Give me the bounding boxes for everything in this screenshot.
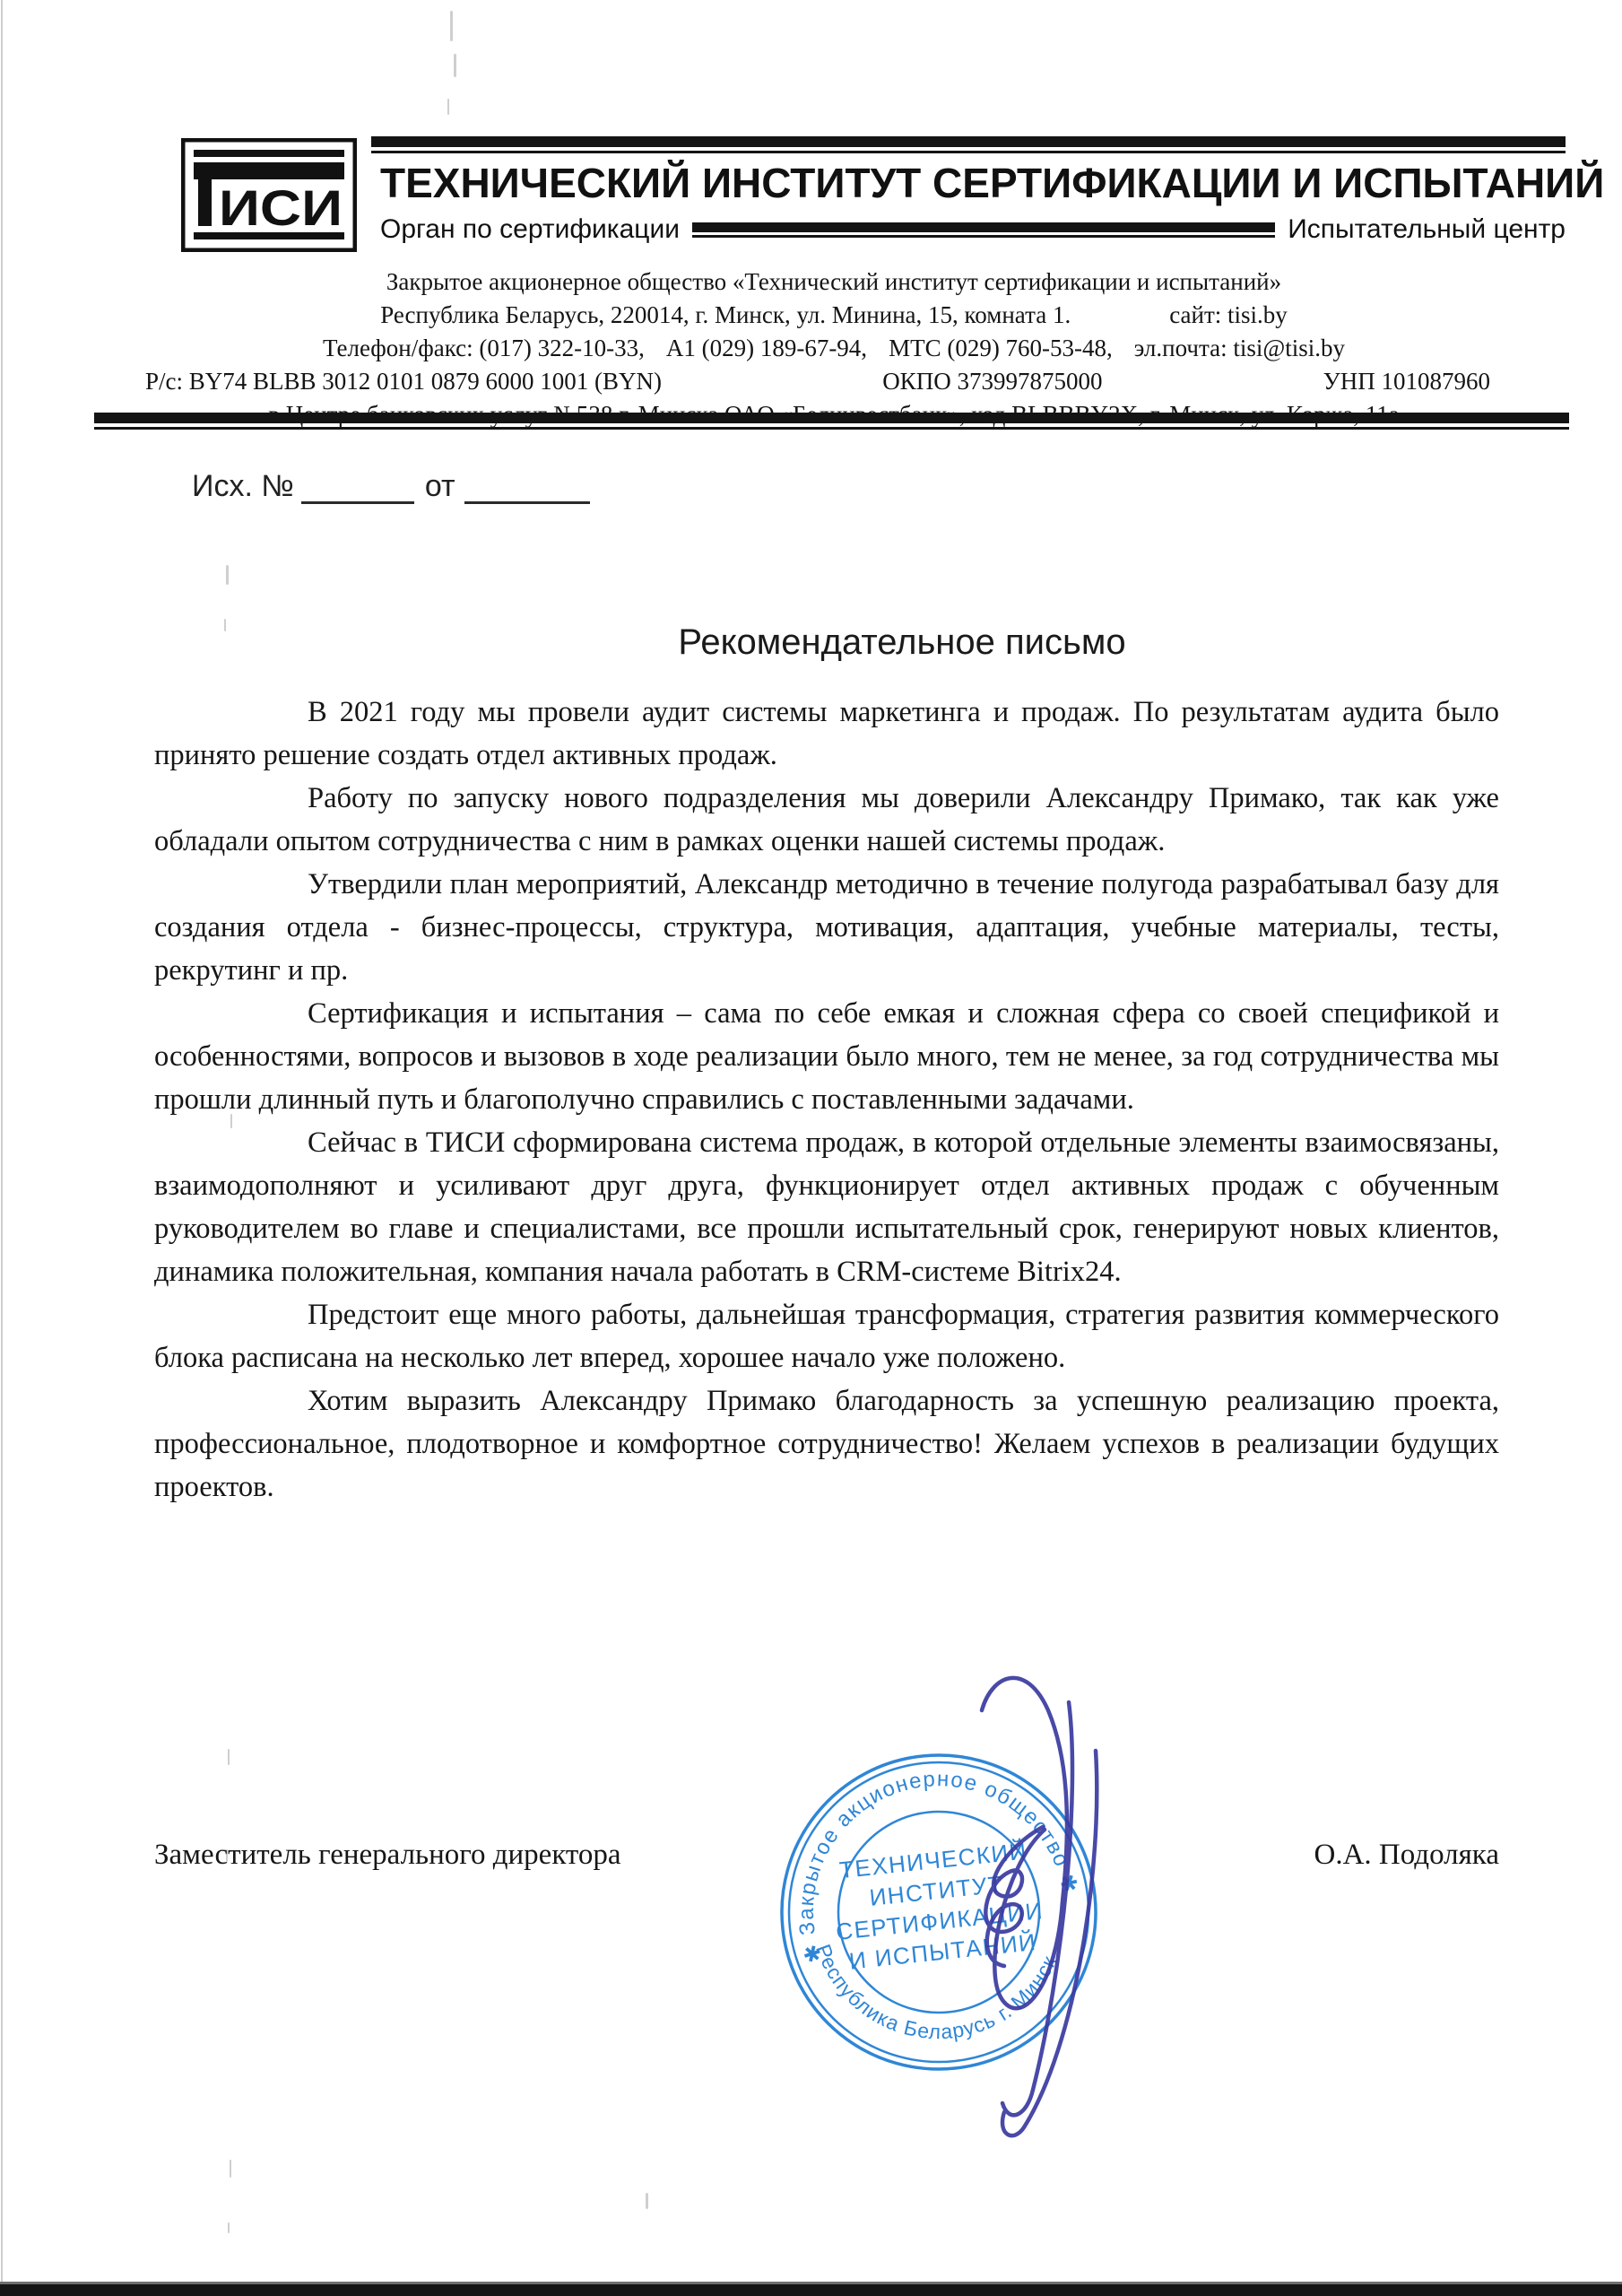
document-page: ИСИ ТЕХНИЧЕСКИЙ ИНСТИТУТ СЕРТИФИКАЦИИ И …: [0, 0, 1622, 2296]
letter-title: Рекомендательное письмо: [678, 622, 1125, 663]
testing-center-label: Испытательный центр: [1288, 214, 1566, 245]
outgoing-number-label: Исх. №: [192, 469, 294, 504]
address-line: Республика Беларусь, 220014, г. Минск, у…: [99, 299, 1569, 332]
scan-speck: [226, 565, 229, 585]
tisi-logo-graphic: ИСИ: [181, 138, 357, 252]
scan-edge-line: [1, 0, 3, 2296]
phone-a1: А1 (029) 189-67-94,: [666, 332, 867, 365]
date-blank: [464, 465, 590, 504]
scan-speck: [228, 2222, 230, 2233]
email: эл.почта: tisi@tisi.by: [1134, 332, 1345, 365]
scan-speck: [646, 2193, 648, 2209]
bank-line: Р/с: BY74 BLBB 3012 0101 0879 6000 1001 …: [99, 365, 1569, 398]
scan-speck: [230, 2160, 231, 2178]
paragraph: Утвердили план мероприятий, Александр ме…: [154, 863, 1499, 992]
header-subtitle-row: Орган по сертификации Испытательный цент…: [380, 212, 1566, 248]
scan-speck: [224, 619, 226, 631]
paragraph: В 2021 году мы провели аудит системы мар…: [154, 691, 1499, 777]
company-legal-name: Закрытое акционерное общество «Техническ…: [99, 265, 1569, 299]
phones-line: Телефон/факс: (017) 322-10-33, А1 (029) …: [99, 332, 1569, 365]
okpo-number: ОКПО 373997875000: [882, 365, 1102, 398]
company-stamp: ✱ Закрытое акционерное общество ✱ Респуб…: [758, 1655, 1125, 2157]
bank-account: Р/с: BY74 BLBB 3012 0101 0879 6000 1001 …: [145, 365, 662, 398]
phone-mts: МТС (029) 760-53-48,: [889, 332, 1113, 365]
letter-body: В 2021 году мы провели аудит системы мар…: [154, 691, 1499, 1509]
scan-speck: [447, 99, 449, 115]
paragraph: Хотим выразить Александру Примако благод…: [154, 1379, 1499, 1509]
scan-bottom-strip: [0, 2282, 1622, 2296]
tisi-logo: ИСИ: [181, 138, 357, 252]
paragraph: Предстоит еще много работы, дальнейшая т…: [154, 1293, 1499, 1379]
signer-position: Заместитель генерального директора: [154, 1839, 621, 1872]
header-mid-rule: [692, 222, 1275, 238]
signer-name: О.А. Подоляка: [1314, 1839, 1499, 1872]
website: сайт: tisi.by: [1169, 299, 1288, 332]
reference-line: Исх. № от: [192, 461, 590, 504]
paragraph: Сертификация и испытания – сама по себе …: [154, 992, 1499, 1121]
scan-speck: [228, 1749, 230, 1765]
certification-body-label: Орган по сертификации: [380, 214, 680, 245]
phone-fax: Телефон/факс: (017) 322-10-33,: [323, 332, 645, 365]
letterhead-divider: [94, 413, 1569, 430]
paragraph: Сейчас в ТИСИ сформирована система прода…: [154, 1121, 1499, 1293]
scan-speck: [454, 54, 456, 77]
unp-number: УНП 101087960: [1323, 365, 1490, 398]
postal-address: Республика Беларусь, 220014, г. Минск, у…: [380, 299, 1071, 332]
organization-title: ТЕХНИЧЕСКИЙ ИНСТИТУТ СЕРТИФИКАЦИИ И ИСПЫ…: [380, 160, 1573, 206]
header-top-rule: [371, 136, 1566, 153]
date-label: от: [425, 469, 455, 504]
scan-speck: [450, 11, 453, 41]
logo-letters: ИСИ: [219, 179, 343, 236]
contact-block: Закрытое акционерное общество «Техническ…: [99, 265, 1569, 431]
paragraph: Работу по запуску нового подразделения м…: [154, 777, 1499, 863]
outgoing-number-blank: [301, 465, 414, 504]
